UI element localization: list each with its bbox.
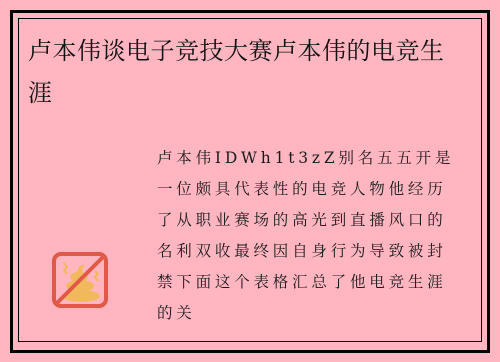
article-title: 卢本伟谈电子竞技大赛卢本伟的电竞生涯 — [28, 30, 468, 114]
article-body: 卢本伟IDWh1t3zZ别名五五开是一位颇具代表性的电竞人物他经历了从职业赛场的… — [157, 143, 457, 329]
no-poop-icon — [50, 250, 110, 310]
